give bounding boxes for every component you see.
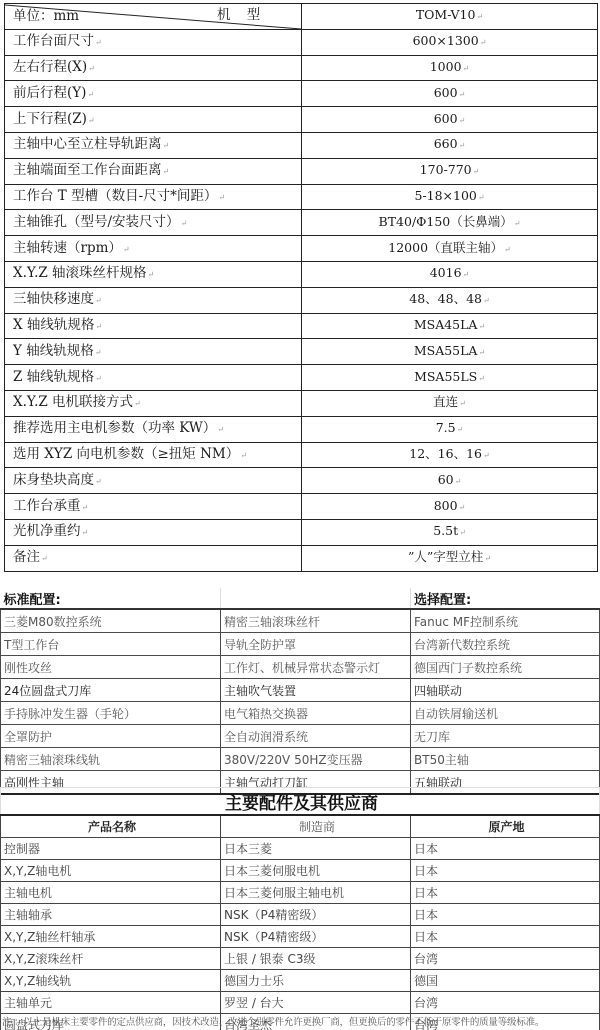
paragraph-mark-icon: ↵ [134,399,141,408]
paragraph-mark-icon: ↵ [82,503,89,512]
product-name: 主轴单元 [1,992,221,1014]
config-row: 24位圆盘式刀库主轴吹气装置四轴联动 [1,679,600,702]
origin: 台湾 [411,948,600,970]
manufacturer: NSK（P4精密级） [221,904,411,926]
spec-value: 12000（直联主轴）↵ [302,236,598,262]
manufacturer: 德国力士乐 [221,970,411,992]
product-name: X,Y,Z轴线轨 [1,970,221,992]
product-name: X,Y,Z轴丝杆轴承 [1,926,221,948]
spec-value: 600×1300↵ [302,29,598,55]
paragraph-mark-icon: ↵ [463,270,470,279]
config-row: 手持脉冲发生器（手轮）电气箱热交换器自动铁屑输送机 [1,702,600,725]
optional-config-item: BT50主轴 [411,748,600,771]
standard-config-item: T型工作台 [1,633,221,656]
origin: 德国 [411,970,600,992]
spec-value: 5.5t↵ [302,519,598,545]
machine-type-label: 机 型 [217,7,266,23]
paragraph-mark-icon: ↵ [82,528,89,537]
paragraph-mark-icon: ↵ [478,348,485,357]
supplier-column-header-row: 产品名称 制造商 原产地 [1,815,600,838]
paragraph-mark-icon: ↵ [123,245,130,254]
footnote: 注 ：以上是机床主要零件的定点供应商，因技术改造、改进个别零件允许更换厂商，但更… [2,1014,544,1028]
spec-value: 7.5↵ [302,416,598,442]
config-header-blank [221,588,411,609]
standard-config-title: 标准配置: [1,588,221,609]
spec-label: 上下行程(Z)↵ [5,107,302,133]
spec-label: 光机净重约↵ [5,519,302,545]
origin: 日本 [411,860,600,882]
paragraph-mark-icon: ↵ [514,219,521,228]
standard-config-item: 全罩防护 [1,725,221,748]
config-row: 三菱M80数控系统精密三轴滚珠丝杆Fanuc MF控制系统 [1,609,600,633]
column-header-product: 产品名称 [1,815,221,838]
product-name: X,Y,Z轴电机 [1,860,221,882]
spec-label: 选用 XYZ 向电机参数（≥扭矩 NM）↵ [5,442,302,468]
paragraph-mark-icon: ↵ [459,399,466,408]
paragraph-mark-icon: ↵ [148,270,155,279]
spec-label: X.Y.Z 轴滚珠丝杆规格↵ [5,261,302,287]
paragraph-mark-icon: ↵ [480,38,487,47]
paragraph-mark-icon: ↵ [459,141,466,150]
spec-row: 备注↵”人”字型立柱↵ [5,545,598,571]
paragraph-mark-icon: ↵ [88,64,95,73]
spec-label: Z 轴线轨规格↵ [5,365,302,391]
column-header-manufacturer: 制造商 [221,815,411,838]
paragraph-mark-icon: ↵ [459,90,466,99]
supplier-row: 控制器日本三菱日本 [1,838,600,860]
paragraph-mark-icon: ↵ [218,193,225,202]
paragraph-mark-icon: ↵ [95,296,102,305]
spec-value: 800↵ [302,494,598,520]
spec-value: 5-18×100↵ [302,184,598,210]
spec-row: 工作台 T 型槽（数目-尺寸*间距）↵5-18×100↵ [5,184,598,210]
spec-value: 170-770↵ [302,158,598,184]
paragraph-mark-icon: ↵ [478,322,485,331]
origin: 日本 [411,926,600,948]
standard-config-item: 导轨全防护罩 [221,633,411,656]
spec-row: 前后行程(Y)↵600↵ [5,81,598,107]
model-value: TOM-V10↵ [302,4,598,30]
config-row: T型工作台导轨全防护罩台湾新代数控系统 [1,633,600,656]
spec-value: 660↵ [302,132,598,158]
paragraph-mark-icon: ↵ [457,425,464,434]
spec-label: 主轴锥孔（型号/安装尺寸）↵ [5,210,302,236]
spec-value: 48、48、48↵ [302,287,598,313]
supplier-table: 主要配件及其供应商 产品名称 制造商 原产地 控制器日本三菱日本X,Y,Z轴电机… [0,787,600,1030]
spec-value: 1000↵ [302,55,598,81]
spec-label: 左右行程(X)↵ [5,55,302,81]
paragraph-mark-icon: ↵ [163,167,170,176]
standard-config-item: 精密三轴滚珠丝杆 [221,609,411,633]
standard-config-item: 刚性攻丝 [1,656,221,679]
paragraph-mark-icon: ↵ [476,12,483,21]
supplier-row: 主轴轴承NSK（P4精密级）日本 [1,904,600,926]
supplier-row: 主轴电机日本三菱伺服主轴电机日本 [1,882,600,904]
spec-row: X 轴线轨规格↵MSA45LA↵ [5,313,598,339]
spec-label: 推荐选用主电机参数（功率 KW）↵ [5,416,302,442]
paragraph-mark-icon: ↵ [163,141,170,150]
paragraph-mark-icon: ↵ [478,193,485,202]
spec-row: 主轴转速（rpm）↵12000（直联主轴）↵ [5,236,598,262]
spec-label: 前后行程(Y)↵ [5,81,302,107]
spec-value: 12、16、16↵ [302,442,598,468]
spec-row: X.Y.Z 轴滚珠丝杆规格↵4016↵ [5,261,598,287]
manufacturer: 日本三菱 [221,838,411,860]
spec-label: 三轴快移速度↵ [5,287,302,313]
spec-label: 工作台面尺寸↵ [5,29,302,55]
product-name: 主轴电机 [1,882,221,904]
standard-config-item: 工作灯、机械异常状态警示灯 [221,656,411,679]
spec-label: 主轴中心至立柱导轨距离↵ [5,132,302,158]
spec-row: 选用 XYZ 向电机参数（≥扭矩 NM）↵12、16、16↵ [5,442,598,468]
column-header-origin: 原产地 [411,815,600,838]
supplier-table-title: 主要配件及其供应商 [1,788,600,816]
spec-value: MSA55LA↵ [302,339,598,365]
config-header-row: 标准配置: 选择配置: [1,588,600,609]
product-name: X,Y,Z滚珠丝杆 [1,948,221,970]
paragraph-mark-icon: ↵ [478,374,485,383]
standard-config-item: 24位圆盘式刀库 [1,679,221,702]
paragraph-mark-icon: ↵ [240,451,247,460]
standard-config-item: 手持脉冲发生器（手轮） [1,702,221,725]
standard-config-item: 精密三轴滚珠线轨 [1,748,221,771]
spec-label: 工作台承重↵ [5,494,302,520]
paragraph-mark-icon: ↵ [41,554,48,563]
spec-row: 上下行程(Z)↵600↵ [5,107,598,133]
supplier-row: X,Y,Z轴电机日本三菱伺服电机日本 [1,860,600,882]
spec-value: BT40/Φ150（长鼻端）↵ [302,210,598,236]
paragraph-mark-icon: ↵ [504,245,511,254]
config-row: 全罩防护全自动润滑系统无刀库 [1,725,600,748]
manufacturer: NSK（P4精密级） [221,926,411,948]
paragraph-mark-icon: ↵ [95,477,102,486]
paragraph-mark-icon: ↵ [459,528,466,537]
spec-row: 工作台承重↵800↵ [5,494,598,520]
paragraph-mark-icon: ↵ [217,425,224,434]
paragraph-mark-icon: ↵ [484,554,491,563]
spec-label: X.Y.Z 电机联接方式↵ [5,390,302,416]
optional-config-item: 德国西门子数控系统 [411,656,600,679]
product-name: 主轴轴承 [1,904,221,926]
spec-value: 4016↵ [302,261,598,287]
supplier-row: X,Y,Z轴丝杆轴承NSK（P4精密级）日本 [1,926,600,948]
spec-label: 主轴转速（rpm）↵ [5,236,302,262]
standard-config-item: 电气箱热交换器 [221,702,411,725]
spec-value: ”人”字型立柱↵ [302,545,598,571]
manufacturer: 日本三菱伺服主轴电机 [221,882,411,904]
spec-row: X.Y.Z 电机联接方式↵直连↵ [5,390,598,416]
spec-value: 60↵ [302,468,598,494]
paragraph-mark-icon: ↵ [459,116,466,125]
standard-config-item: 全自动润滑系统 [221,725,411,748]
origin: 日本 [411,838,600,860]
spec-header-cell: 单位：mm 机 型 [5,4,302,30]
supplier-row: X,Y,Z滚珠丝杆上银 / 银泰 C3级台湾 [1,948,600,970]
product-name: 控制器 [1,838,221,860]
origin: 日本 [411,882,600,904]
supplier-row: 主轴单元罗翌 / 台大台湾 [1,992,600,1014]
optional-config-title: 选择配置: [411,588,600,609]
standard-config-item: 380V/220V 50HZ变压器 [221,748,411,771]
optional-config-item: 四轴联动 [411,679,600,702]
spec-value: MSA55LS↵ [302,365,598,391]
spec-row: 三轴快移速度↵48、48、48↵ [5,287,598,313]
spec-table: 单位：mm 机 型 TOM-V10↵ 工作台面尺寸↵600×1300↵左右行程(… [4,3,598,572]
config-table: 标准配置: 选择配置: 三菱M80数控系统精密三轴滚珠丝杆Fanuc MF控制系… [0,588,600,795]
spec-row: 床身垫块高度↵60↵ [5,468,598,494]
optional-config-item: 无刀库 [411,725,600,748]
supplier-row: X,Y,Z轴线轨德国力士乐德国 [1,970,600,992]
spec-header-row: 单位：mm 机 型 TOM-V10↵ [5,4,598,30]
spec-label: X 轴线轨规格↵ [5,313,302,339]
spec-row: Y 轴线轨规格↵MSA55LA↵ [5,339,598,365]
spec-row: 主轴端面至工作台面距离↵170-770↵ [5,158,598,184]
manufacturer: 日本三菱伺服电机 [221,860,411,882]
optional-config-item: 自动铁屑输送机 [411,702,600,725]
paragraph-mark-icon: ↵ [181,219,188,228]
origin: 日本 [411,904,600,926]
paragraph-mark-icon: ↵ [463,64,470,73]
spec-row: 光机净重约↵5.5t↵ [5,519,598,545]
paragraph-mark-icon: ↵ [459,503,466,512]
paragraph-mark-icon: ↵ [95,374,102,383]
spec-row: 工作台面尺寸↵600×1300↵ [5,29,598,55]
paragraph-mark-icon: ↵ [483,451,490,460]
config-row: 刚性攻丝工作灯、机械异常状态警示灯德国西门子数控系统 [1,656,600,679]
optional-config-item: 台湾新代数控系统 [411,633,600,656]
spec-row: 主轴锥孔（型号/安装尺寸）↵BT40/Φ150（长鼻端）↵ [5,210,598,236]
paragraph-mark-icon: ↵ [88,116,95,125]
standard-config-item: 三菱M80数控系统 [1,609,221,633]
paragraph-mark-icon: ↵ [483,296,490,305]
paragraph-mark-icon: ↵ [95,38,102,47]
spec-value: 600↵ [302,81,598,107]
standard-config-item: 主轴吹气装置 [221,679,411,702]
paragraph-mark-icon: ↵ [95,322,102,331]
supplier-title-row: 主要配件及其供应商 [1,788,600,816]
spec-value: 600↵ [302,107,598,133]
spec-row: Z 轴线轨规格↵MSA55LS↵ [5,365,598,391]
spec-value: MSA45LA↵ [302,313,598,339]
manufacturer: 罗翌 / 台大 [221,992,411,1014]
config-row: 精密三轴滚珠线轨380V/220V 50HZ变压器BT50主轴 [1,748,600,771]
paragraph-mark-icon: ↵ [95,348,102,357]
spec-label: 床身垫块高度↵ [5,468,302,494]
unit-label: 单位：mm [13,8,79,24]
spec-row: 主轴中心至立柱导轨距离↵660↵ [5,132,598,158]
paragraph-mark-icon: ↵ [473,167,480,176]
paragraph-mark-icon: ↵ [87,90,94,99]
spec-value: 直连↵ [302,390,598,416]
spec-label: Y 轴线轨规格↵ [5,339,302,365]
manufacturer: 上银 / 银泰 C3级 [221,948,411,970]
paragraph-mark-icon: ↵ [455,477,462,486]
spec-label: 备注↵ [5,545,302,571]
spec-row: 推荐选用主电机参数（功率 KW）↵7.5↵ [5,416,598,442]
spec-row: 左右行程(X)↵1000↵ [5,55,598,81]
spec-label: 主轴端面至工作台面距离↵ [5,158,302,184]
origin: 台湾 [411,992,600,1014]
spec-label: 工作台 T 型槽（数目-尺寸*间距）↵ [5,184,302,210]
optional-config-item: Fanuc MF控制系统 [411,609,600,633]
